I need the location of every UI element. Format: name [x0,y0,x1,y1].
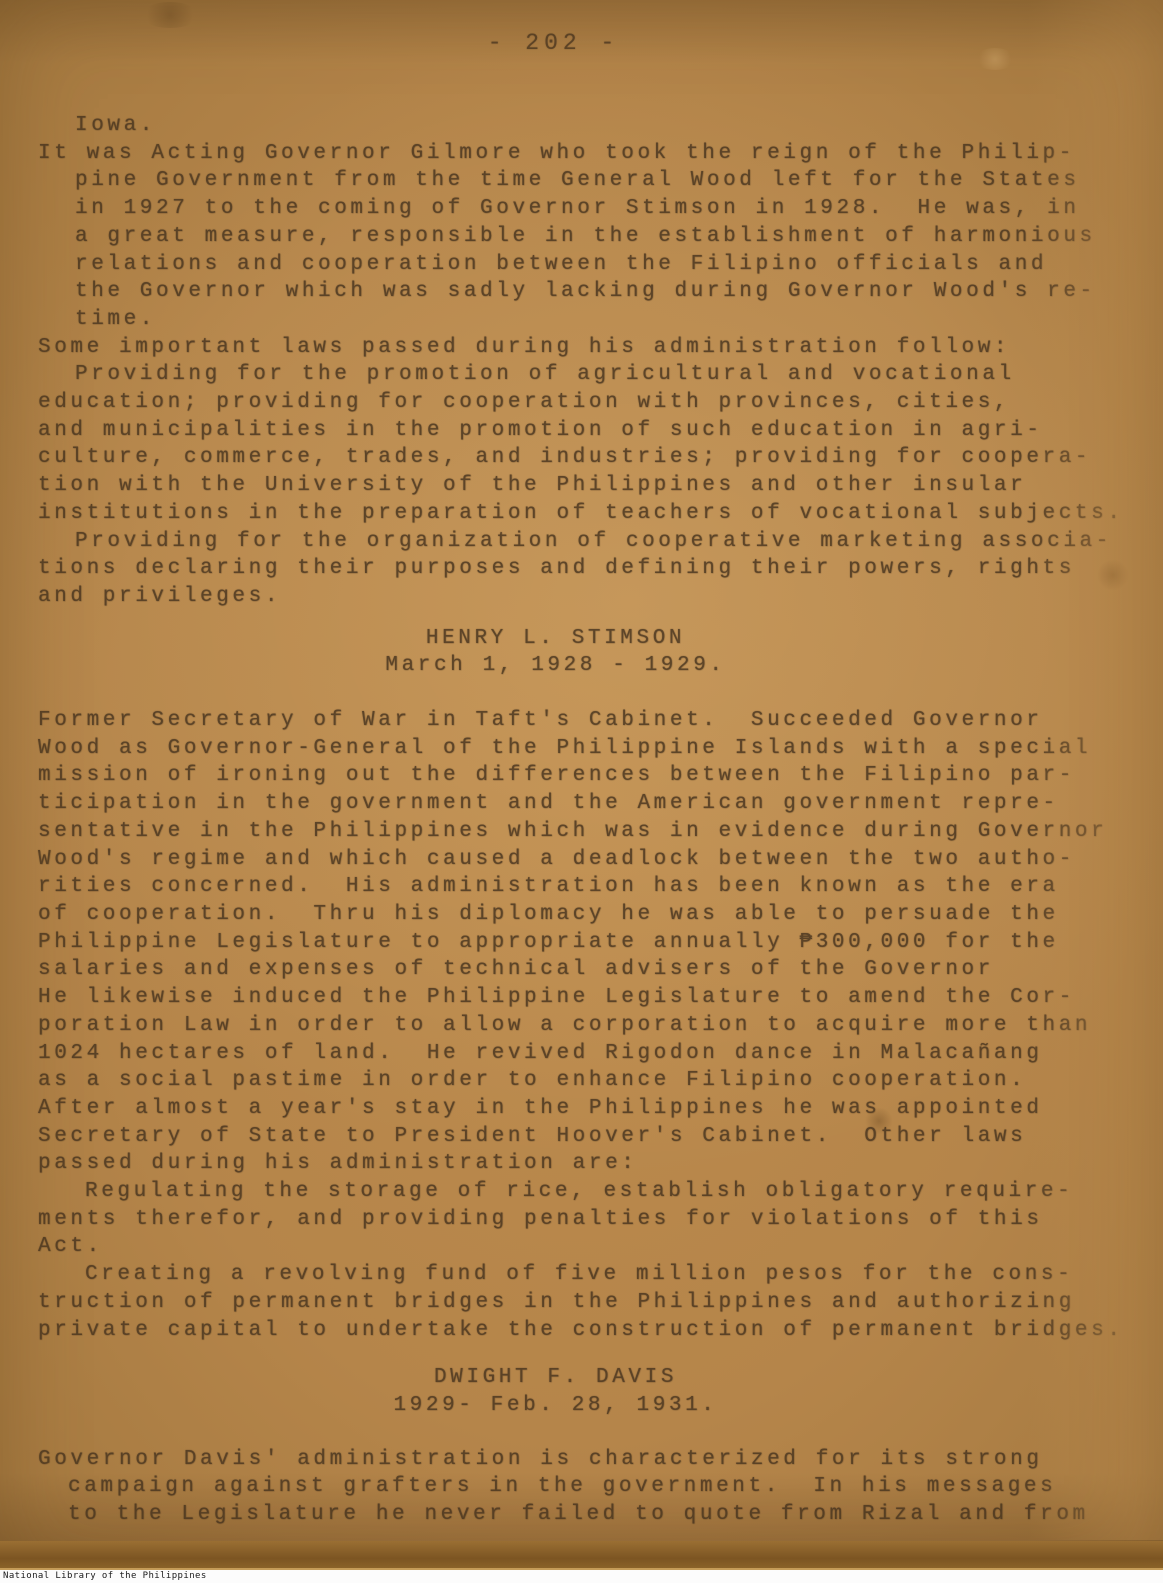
heading-line: HENRY L. STIMSON [0,625,1137,653]
text-line: Governor Davis' administration is charac… [38,1446,1163,1474]
text-line: time. [75,306,1163,334]
text-line: relations and cooperation between the Fi… [75,251,1163,279]
text-line: of cooperation. Thru his diplomacy he wa… [38,901,1163,929]
text-line: education; providing for cooperation wit… [38,389,1163,417]
text-line: private capital to undertake the constru… [38,1317,1163,1345]
text-line: salaries and expenses of technical advis… [38,956,1163,984]
document-body: Iowa.It was Acting Governor Gilmore who … [0,112,1163,1529]
text-line: Wood's regime and which caused a deadloc… [38,846,1163,874]
text-line: mission of ironing out the differences b… [38,762,1163,790]
text-line: Former Secretary of War in Taft's Cabine… [38,707,1163,735]
text-line: Providing for the promotion of agricultu… [75,361,1163,389]
text-line: a great measure, responsible in the esta… [75,223,1163,251]
text-line: pine Government from the time General Wo… [75,167,1163,195]
text-line: and municipalities in the promotion of s… [38,417,1163,445]
text-line: 1024 hectares of land. He revived Rigodo… [38,1040,1163,1068]
text-line: poration Law in order to allow a corpora… [38,1012,1163,1040]
text-line: Secretary of State to President Hoover's… [38,1123,1163,1151]
text-line: tion with the University of the Philippi… [38,472,1163,500]
text-line: rities concerned. His administration has… [38,873,1163,901]
page-number: - 202 - [0,30,1135,56]
text-line: culture, commerce, trades, and industrie… [38,444,1163,472]
text-line: Providing for the organization of cooper… [75,528,1163,556]
text-line: Philippine Legislature to appropriate an… [38,929,1163,957]
text-line: tions declaring their purposes and defin… [38,555,1163,583]
text-line: Iowa. [75,112,1163,140]
text-line: as a social pastime in order to enhance … [38,1067,1163,1095]
text-line: truction of permanent bridges in the Phi… [38,1289,1163,1317]
text-line: Act. [38,1233,1163,1261]
heading-line: 1929- Feb. 28, 1931. [0,1392,1137,1420]
text-line: and privileges. [38,583,1163,611]
text-line: institutions in the preparation of teach… [38,500,1163,528]
text-line: After almost a year's stay in the Philip… [38,1095,1163,1123]
footer-strip: National Library of the Philippines [0,1570,1163,1583]
footer-label: National Library of the Philippines [3,1571,207,1581]
text-line: ments therefor, and providing penalties … [38,1206,1163,1234]
text-line: sentative in the Philippines which was i… [38,818,1163,846]
bottom-scan-band [0,1541,1163,1570]
text-line: He likewise induced the Philippine Legis… [38,984,1163,1012]
text-line: Wood as Governor-General of the Philippi… [38,735,1163,763]
text-line: to the Legislature he never failed to qu… [68,1501,1163,1529]
heading-line: March 1, 1928 - 1929. [0,652,1137,680]
heading-line: DWIGHT F. DAVIS [0,1364,1137,1392]
paper-stain [140,2,200,28]
text-line: in 1927 to the coming of Governor Stimso… [75,195,1163,223]
text-line: Creating a revolving fund of five millio… [85,1261,1163,1289]
text-line: the Governor which was sadly lacking dur… [75,278,1163,306]
scanned-page: - 202 - Iowa.It was Acting Governor Gilm… [0,0,1163,1583]
text-line: Some important laws passed during his ad… [38,334,1163,362]
text-line: It was Acting Governor Gilmore who took … [38,140,1163,168]
text-line: passed during his administration are: [38,1150,1163,1178]
text-line: Regulating the storage of rice, establis… [85,1178,1163,1206]
text-line: ticipation in the government and the Ame… [38,790,1163,818]
text-line: campaign against grafters in the governm… [68,1473,1163,1501]
